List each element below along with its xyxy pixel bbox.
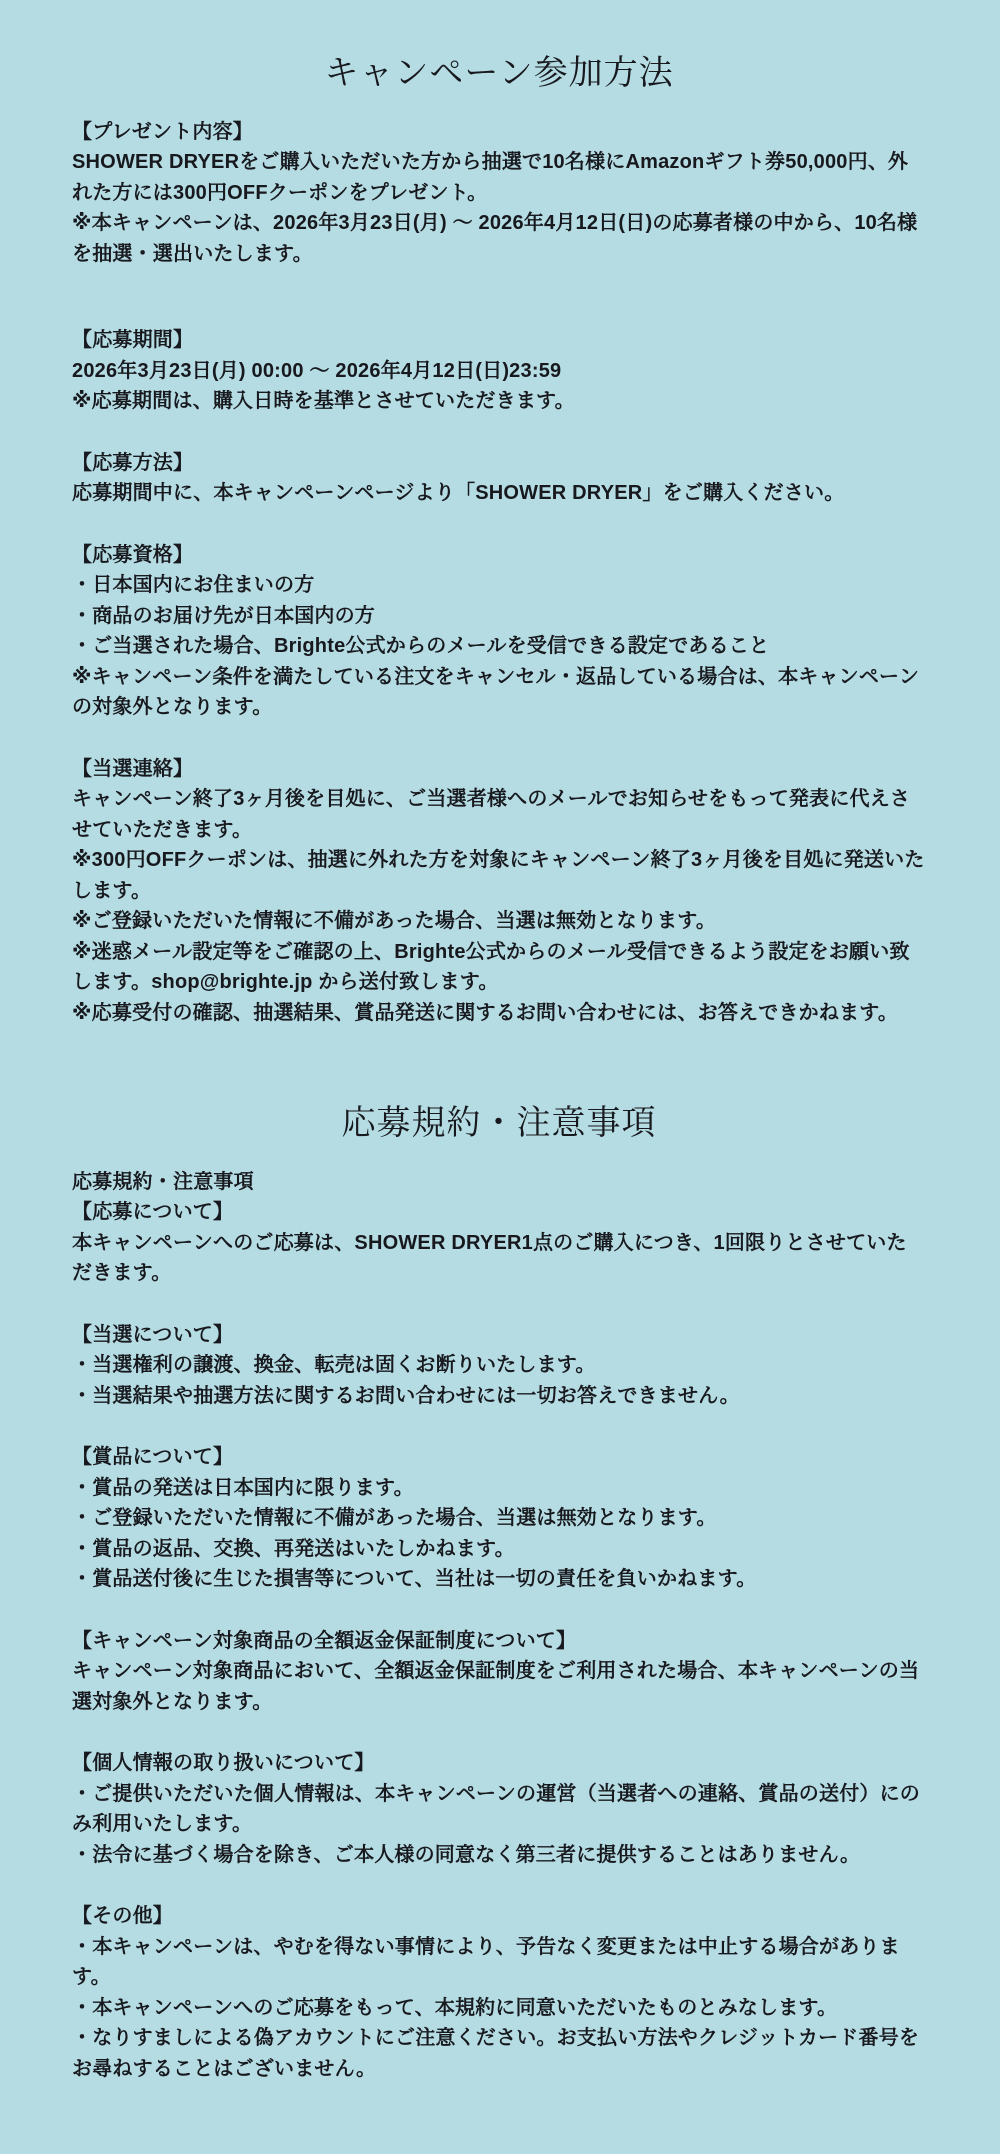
text-line: ・本キャンペーンへのご応募をもって、本規約に同意いただいたものとみなします。	[72, 1993, 926, 2024]
block-heading: 【当選について】	[72, 1320, 926, 1351]
text-line: ・賞品送付後に生じた損害等について、当社は一切の責任を負いかねます。	[72, 1564, 926, 1595]
terms-text-blocks: 応募規約・注意事項【応募について】本キャンペーンへのご応募は、SHOWER DR…	[72, 1167, 926, 2085]
text-line: ※300円OFFクーポンは、抽選に外れた方を対象にキャンペーン終了3ヶ月後を目処…	[72, 845, 926, 906]
text-line: 応募規約・注意事項	[72, 1167, 926, 1198]
block-heading: 【その他】	[72, 1901, 926, 1932]
text-line: ・本キャンペーンは、やむを得ない事情により、予告なく変更または中止する場合があり…	[72, 1932, 926, 1993]
text-line: SHOWER DRYERをご購入いただいた方から抽選で10名様にAmazonギフ…	[72, 147, 926, 208]
block-heading: 【応募期間】	[72, 325, 926, 356]
text-block: 【賞品について】・賞品の発送は日本国内に限ります。・ご登録いただいた情報に不備が…	[72, 1442, 926, 1595]
participation-title: キャンペーン参加方法	[72, 52, 926, 95]
block-heading: 【個人情報の取り扱いについて】	[72, 1748, 926, 1779]
block-heading: 【応募資格】	[72, 540, 926, 571]
text-block: 【当選連絡】キャンペーン終了3ヶ月後を目処に、ご当選者様へのメールでお知らせをも…	[72, 754, 926, 1029]
block-heading: 【応募について】	[72, 1197, 926, 1228]
text-line: キャンペーン対象商品において、全額返金保証制度をご利用された場合、本キャンペーン…	[72, 1656, 926, 1717]
text-block: 【キャンペーン対象商品の全額返金保証制度について】キャンペーン対象商品において、…	[72, 1626, 926, 1718]
text-block: 【その他】・本キャンペーンは、やむを得ない事情により、予告なく変更または中止する…	[72, 1901, 926, 2084]
block-heading: 【応募方法】	[72, 448, 926, 479]
text-line: ※本キャンペーンは、2026年3月23日(月) ～ 2026年4月12日(日)の…	[72, 208, 926, 269]
text-line: ・賞品の発送は日本国内に限ります。	[72, 1473, 926, 1504]
text-block: 【応募資格】・日本国内にお住まいの方・商品のお届け先が日本国内の方・ご当選された…	[72, 540, 926, 723]
text-block: 【プレゼント内容】SHOWER DRYERをご購入いただいた方から抽選で10名様…	[72, 117, 926, 270]
text-line: ・法令に基づく場合を除き、ご本人様の同意なく第三者に提供することはありません。	[72, 1840, 926, 1871]
text-line: キャンペーン終了3ヶ月後を目処に、ご当選者様へのメールでお知らせをもって発表に代…	[72, 784, 926, 845]
participation-text-blocks: 【プレゼント内容】SHOWER DRYERをご購入いただいた方から抽選で10名様…	[72, 117, 926, 1029]
campaign-page: { "page": { "background": "#b5dce3", "te…	[0, 0, 1000, 2154]
text-block: 応募規約・注意事項【応募について】本キャンペーンへのご応募は、SHOWER DR…	[72, 1167, 926, 1289]
text-block: 【当選について】・当選権利の譲渡、換金、転売は固くお断りいたします。・当選結果や…	[72, 1320, 926, 1412]
text-block: 【応募方法】応募期間中に、本キャンペーンページより「SHOWER DRYER」を…	[72, 448, 926, 509]
text-line: ※ご登録いただいた情報に不備があった場合、当選は無効となります。	[72, 906, 926, 937]
text-line: ※迷惑メール設定等をご確認の上、Brighte公式からのメール受信できるよう設定…	[72, 937, 926, 998]
text-line: ・当選結果や抽選方法に関するお問い合わせには一切お答えできません。	[72, 1381, 926, 1412]
text-block: 【個人情報の取り扱いについて】・ご提供いただいた個人情報は、本キャンペーンの運営…	[72, 1748, 926, 1870]
block-heading: 【賞品について】	[72, 1442, 926, 1473]
text-line: ・日本国内にお住まいの方	[72, 570, 926, 601]
text-line: 2026年3月23日(月) 00:00 ～ 2026年4月12日(日)23:59	[72, 356, 926, 387]
text-line: ※応募受付の確認、抽選結果、賞品発送に関するお問い合わせには、お答えできかねます…	[72, 998, 926, 1029]
terms-section: 応募規約・注意事項 応募規約・注意事項【応募について】本キャンペーンへのご応募は…	[72, 1102, 926, 2084]
campaign-info-page: キャンペーン参加方法 【プレゼント内容】SHOWER DRYERをご購入いただい…	[0, 0, 1000, 2154]
text-line: ・当選権利の譲渡、換金、転売は固くお断りいたします。	[72, 1350, 926, 1381]
text-line: ・商品のお届け先が日本国内の方	[72, 601, 926, 632]
text-block: 【応募期間】2026年3月23日(月) 00:00 ～ 2026年4月12日(日…	[72, 325, 926, 417]
text-line: ・なりすましによる偽アカウントにご注意ください。お支払い方法やクレジットカード番…	[72, 2023, 926, 2084]
participation-section: キャンペーン参加方法 【プレゼント内容】SHOWER DRYERをご購入いただい…	[72, 52, 926, 1028]
text-line: 応募期間中に、本キャンペーンページより「SHOWER DRYER」をご購入くださ…	[72, 478, 926, 509]
text-line: ・ご登録いただいた情報に不備があった場合、当選は無効となります。	[72, 1503, 926, 1534]
text-line: ・ご当選された場合、Brighte公式からのメールを受信できる設定であること	[72, 631, 926, 662]
text-line: 本キャンペーンへのご応募は、SHOWER DRYER1点のご購入につき、1回限り…	[72, 1228, 926, 1289]
block-heading: 【キャンペーン対象商品の全額返金保証制度について】	[72, 1626, 926, 1657]
block-heading: 【当選連絡】	[72, 754, 926, 785]
text-line: ※応募期間は、購入日時を基準とさせていただきます。	[72, 386, 926, 417]
text-line: ・ご提供いただいた個人情報は、本キャンペーンの運営（当選者への連絡、賞品の送付）…	[72, 1779, 926, 1840]
block-heading: 【プレゼント内容】	[72, 117, 926, 148]
text-line: ※キャンペーン条件を満たしている注文をキャンセル・返品している場合は、本キャンペ…	[72, 662, 926, 723]
text-line: ・賞品の返品、交換、再発送はいたしかねます。	[72, 1534, 926, 1565]
terms-title: 応募規約・注意事項	[72, 1102, 926, 1145]
